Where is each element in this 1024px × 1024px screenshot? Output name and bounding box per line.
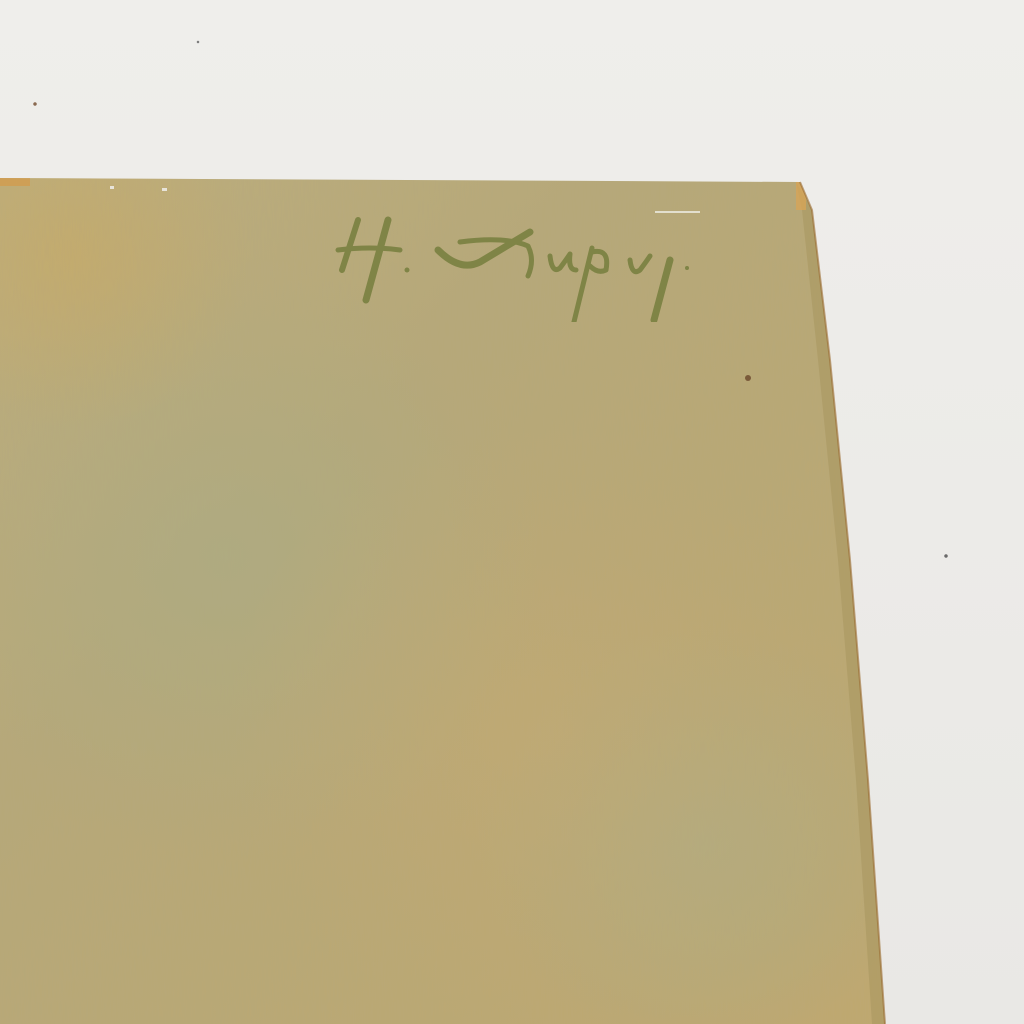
painted-panel: H. Dupuy — [0, 0, 1024, 1024]
artist-signature — [330, 212, 690, 322]
panel-graphic — [0, 0, 1024, 1024]
